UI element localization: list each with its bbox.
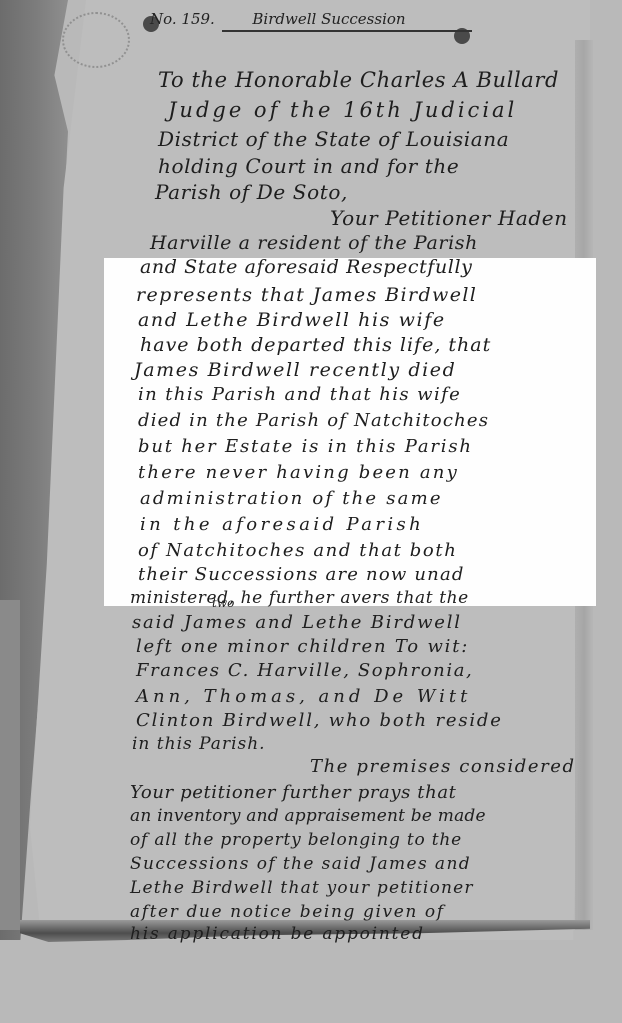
text-line: Ann, Thomas, and De Witt — [136, 686, 471, 707]
text-line: of all the property belonging to the — [130, 830, 462, 850]
text-line: after due notice being given of — [130, 902, 445, 922]
text-line: left one minor children To wit: — [136, 636, 469, 657]
text-line: his application be appointed — [130, 924, 425, 944]
document-header: No. 159. Birdwell Succession — [150, 10, 406, 28]
text-line: in this Parish and that his wife — [138, 384, 461, 405]
text-line: James Birdwell recently died — [134, 359, 456, 381]
text-line: Successions of the said James and — [130, 854, 471, 874]
text-line: holding Court in and for the — [158, 154, 459, 178]
interlineation: two — [212, 596, 234, 610]
document-title: Birdwell Succession — [252, 10, 405, 28]
text-line: in the aforesaid Parish — [140, 514, 424, 535]
text-line: Frances C. Harville, Sophronia, — [136, 660, 473, 681]
docket-number: No. 159. — [150, 10, 215, 28]
text-line: there never having been any — [138, 462, 459, 483]
text-line: District of the State of Louisiana — [158, 127, 509, 151]
text-line: but her Estate is in this Parish — [138, 436, 473, 457]
torn-left-edge-lower — [0, 600, 20, 930]
text-line: and State aforesaid Respectfully — [140, 256, 473, 278]
text-line: Clinton Birdwell, who both reside — [136, 710, 503, 731]
text-line: of Natchitoches and that both — [138, 540, 457, 561]
text-line: To the Honorable Charles A Bullard — [158, 68, 559, 92]
text-line: Your Petitioner Haden — [330, 206, 568, 230]
text-line: The premises considered — [310, 756, 576, 777]
text-line: their Successions are now unad — [138, 564, 465, 585]
text-line: Parish of De Soto, — [155, 180, 348, 204]
text-line: Judge of the 16th Judicial — [168, 98, 517, 122]
header-underline — [222, 30, 472, 32]
text-line: administration of the same — [140, 488, 443, 509]
faded-stamp-icon — [62, 12, 130, 68]
text-line: died in the Parish of Natchitoches — [138, 410, 489, 431]
text-line: and Lethe Birdwell his wife — [138, 309, 446, 331]
text-line: in this Parish. — [132, 734, 266, 754]
text-line: Lethe Birdwell that your petitioner — [130, 878, 474, 898]
document-scan: No. 159. Birdwell Succession To the Hono… — [0, 0, 622, 1023]
text-line: represents that James Birdwell — [136, 284, 477, 306]
text-line: an inventory and appraisement be made — [130, 806, 486, 826]
text-line: Harville a resident of the Parish — [150, 232, 478, 254]
text-line: said James and Lethe Birdwell — [132, 612, 462, 633]
text-line: Your petitioner further prays that — [130, 782, 456, 803]
text-line: have both departed this life, that — [140, 334, 491, 356]
text-line: ministered, he further avers that the — [130, 588, 469, 608]
